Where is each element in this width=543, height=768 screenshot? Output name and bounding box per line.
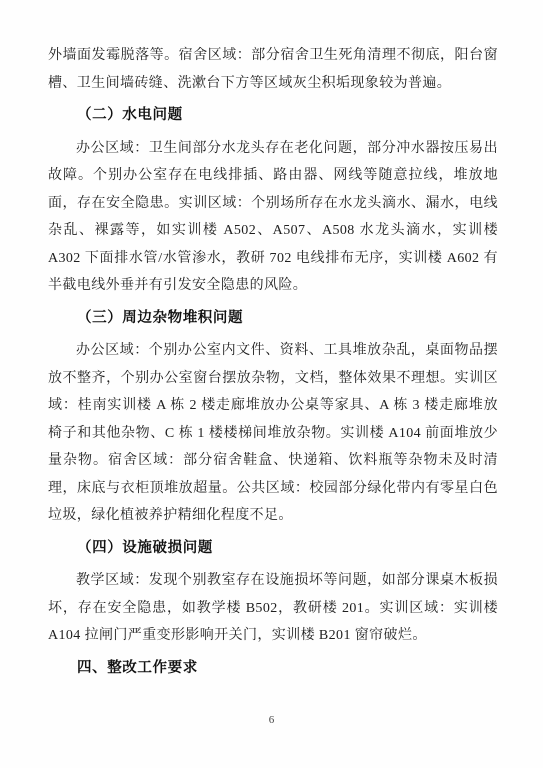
heading-facility-damage-issues: （四）设施破损问题 bbox=[48, 535, 498, 563]
paragraph-water-electric-issues: 办公区域：卫生间部分水龙头存在老化问题，部分冲水器按压易出故障。个别办公室存在电… bbox=[48, 135, 498, 300]
page-number: 6 bbox=[269, 714, 275, 726]
paragraph-dormitory-hygiene-continuation: 外墙面发霉脱落等。宿舍区域：部分宿舍卫生死角清理不彻底，阳台窗槽、卫生间墙砖缝、… bbox=[48, 42, 498, 97]
heading-rectification-requirements: 四、整改工作要求 bbox=[48, 655, 498, 683]
document-content: 外墙面发霉脱落等。宿舍区域：部分宿舍卫生死角清理不彻底，阳台窗槽、卫生间墙砖缝、… bbox=[48, 42, 498, 687]
document-page: 外墙面发霉脱落等。宿舍区域：部分宿舍卫生死角清理不彻底，阳台窗槽、卫生间墙砖缝、… bbox=[0, 0, 543, 768]
heading-clutter-accumulation-issues: （三）周边杂物堆积问题 bbox=[48, 305, 498, 333]
paragraph-clutter-accumulation-issues: 办公区域：个别办公室内文件、资料、工具堆放杂乱，桌面物品摆放不整齐，个别办公室窗… bbox=[48, 337, 498, 530]
page-footer: 6 bbox=[0, 710, 543, 728]
paragraph-facility-damage-issues: 教学区域：发现个别教室存在设施损坏等问题，如部分课桌木板损坏，存在安全隐患，如教… bbox=[48, 567, 498, 650]
heading-water-electric-issues: （二）水电问题 bbox=[48, 102, 498, 130]
